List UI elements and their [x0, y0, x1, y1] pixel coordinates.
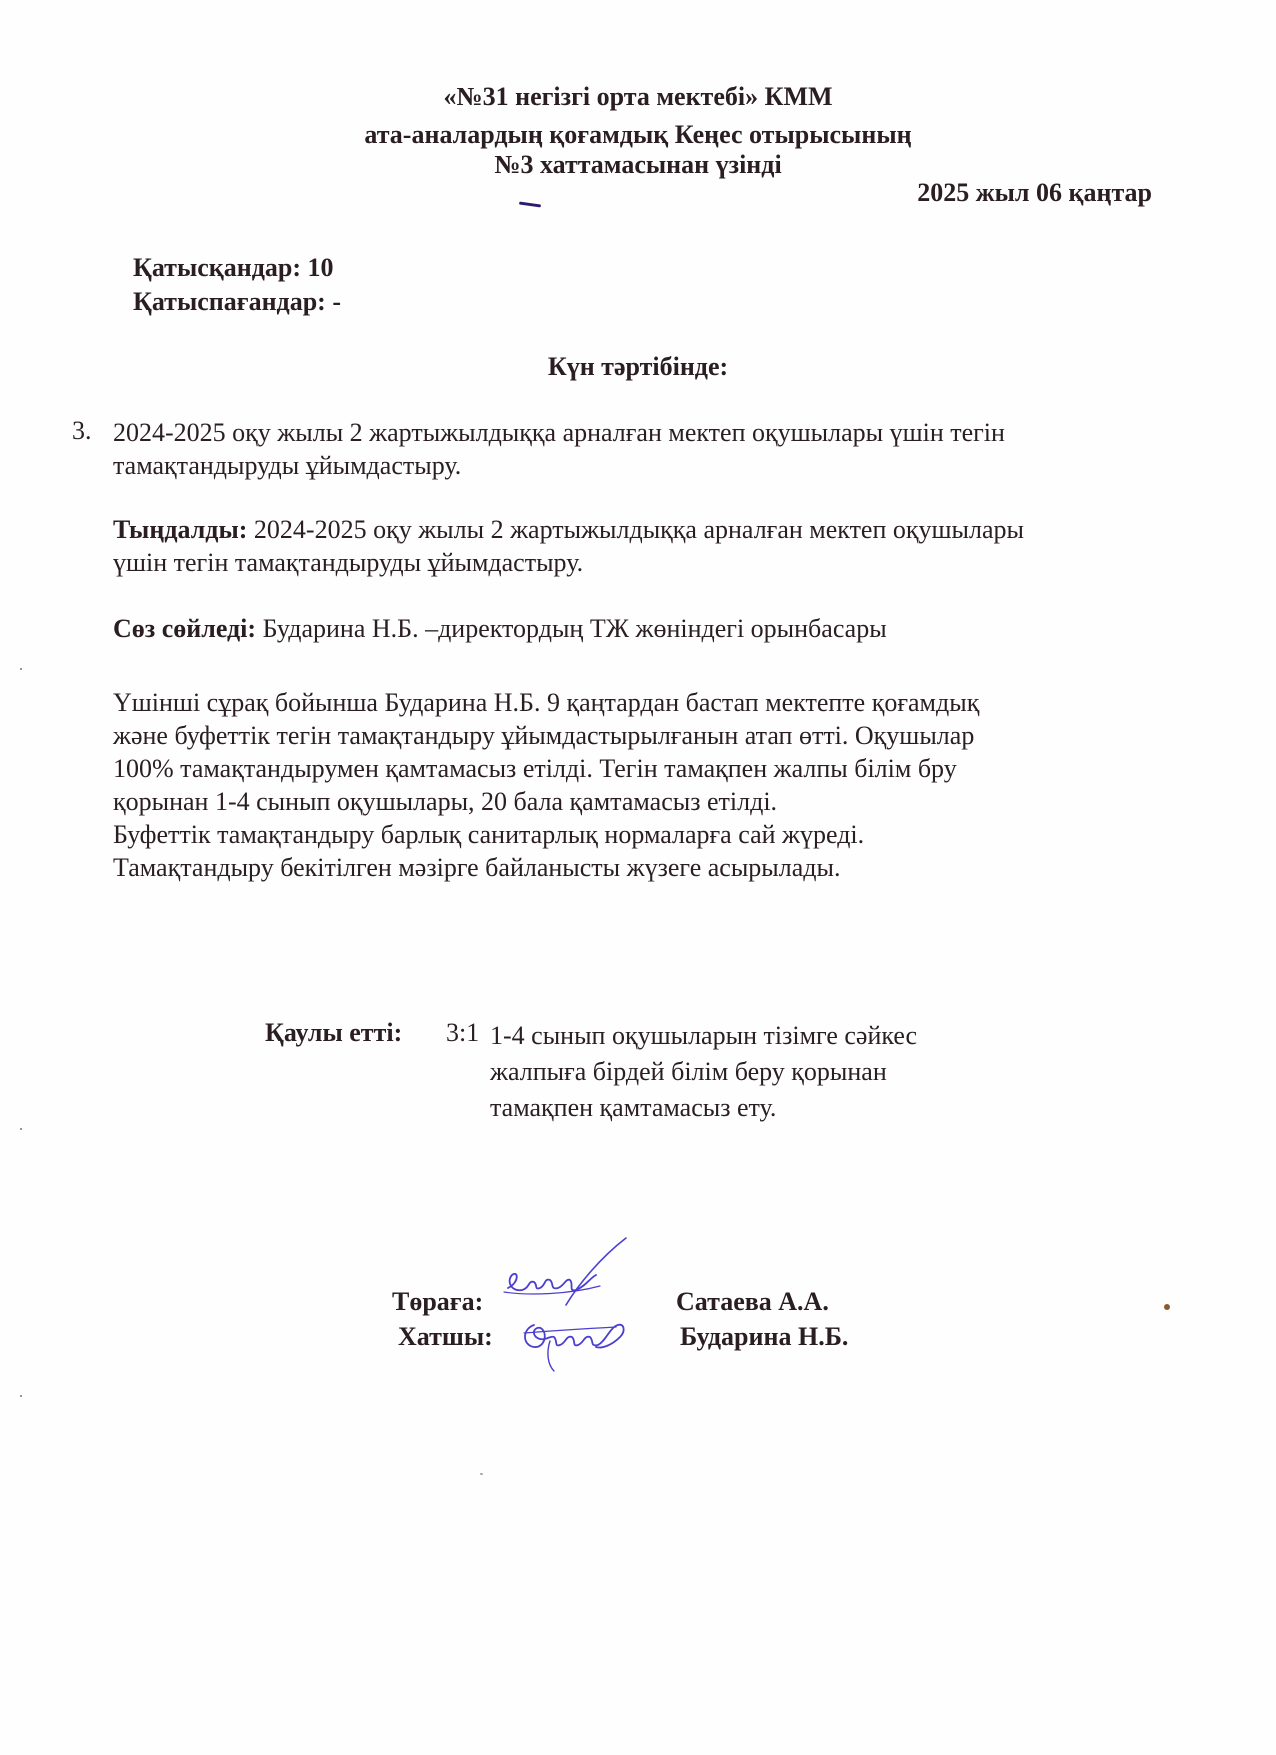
agenda-item-text: 2024-2025 оқу жылы 2 жартыжылдыққа арнал…: [113, 416, 1005, 482]
resolution-number: 3:1: [446, 1018, 479, 1048]
resolution-line: жалпыға бірдей білім беру қорынан: [490, 1054, 917, 1090]
agenda-item-number: 3.: [72, 416, 92, 446]
report-line: қорынан 1-4 сынып оқушылары, 20 бала қам…: [113, 785, 979, 818]
header-protocol-title: №3 хаттамасынан үзінді: [0, 150, 1276, 180]
chair-name: Сатаева А.А.: [676, 1287, 829, 1317]
resolution-label: Қаулы етті:: [265, 1018, 402, 1048]
report-body: Үшінші сұрақ бойынша Бударина Н.Б. 9 қаң…: [113, 686, 979, 884]
attendance-absent: Қатыспағандар: -: [133, 287, 341, 317]
heard-label: Тыңдалды:: [113, 515, 247, 544]
heard-line: үшін тегін тамақтандыруды ұйымдастыру.: [113, 546, 1024, 579]
chair-label: Төраға:: [392, 1287, 483, 1317]
secretary-signature-icon: [520, 1305, 640, 1375]
attendance-present: Қатысқандар: 10: [133, 253, 334, 283]
heard-text: 2024-2025 оқу жылы 2 жартыжылдыққа арнал…: [247, 515, 1024, 544]
spoke-section: Сөз сөйледі: Бударина Н.Б. –директордың …: [113, 612, 887, 645]
resolution-line: тамақпен қамтамасыз ету.: [490, 1090, 917, 1126]
heard-section: Тыңдалды: 2024-2025 оқу жылы 2 жартыжылд…: [113, 513, 1024, 579]
header-school-name: «№31 негізгі орта мектебі» КММ: [0, 82, 1276, 112]
report-line: және буфеттік тегін тамақтандыру ұйымдас…: [113, 719, 979, 752]
spoke-line: Сөз сөйледі: Бударина Н.Б. –директордың …: [113, 612, 887, 645]
secretary-name: Бударина Н.Б.: [680, 1322, 848, 1352]
report-line: Үшінші сұрақ бойынша Бударина Н.Б. 9 қаң…: [113, 686, 979, 719]
report-line: Буфеттік тамақтандыру барлық санитарлық …: [113, 818, 979, 851]
header-council-title: ата-аналардың қоғамдық Кеңес отырысының: [0, 120, 1276, 150]
document-page: «№31 негізгі орта мектебі» КММ ата-анала…: [0, 0, 1276, 1755]
heard-line: Тыңдалды: 2024-2025 оқу жылы 2 жартыжылд…: [113, 513, 1024, 546]
resolution-text: 1-4 сынып оқушыларын тізімге сәйкес жалп…: [490, 1018, 917, 1126]
agenda-title: Күн тәртібінде:: [0, 352, 1276, 382]
scan-edge-mark: [20, 1128, 22, 1130]
scan-speck: [1164, 1304, 1170, 1310]
spoke-label: Сөз сөйледі:: [113, 614, 256, 643]
secretary-label: Хатшы:: [398, 1322, 493, 1352]
pen-dash-mark: [519, 201, 541, 207]
spoke-text: Бударина Н.Б. –директордың ТЖ жөніндегі …: [256, 614, 887, 643]
agenda-item-line: 2024-2025 оқу жылы 2 жартыжылдыққа арнал…: [113, 416, 1005, 449]
scan-edge-mark: [20, 668, 22, 670]
resolution-line: 1-4 сынып оқушыларын тізімге сәйкес: [490, 1018, 917, 1054]
agenda-item-line: тамақтандыруды ұйымдастыру.: [113, 449, 1005, 482]
scan-speck: [480, 1473, 483, 1475]
report-line: 100% тамақтандырумен қамтамасыз етілді. …: [113, 752, 979, 785]
report-line: Тамақтандыру бекітілген мәзірге байланыс…: [113, 851, 979, 884]
scan-edge-mark: [20, 1395, 22, 1397]
document-date: 2025 жыл 06 қаңтар: [917, 178, 1152, 208]
